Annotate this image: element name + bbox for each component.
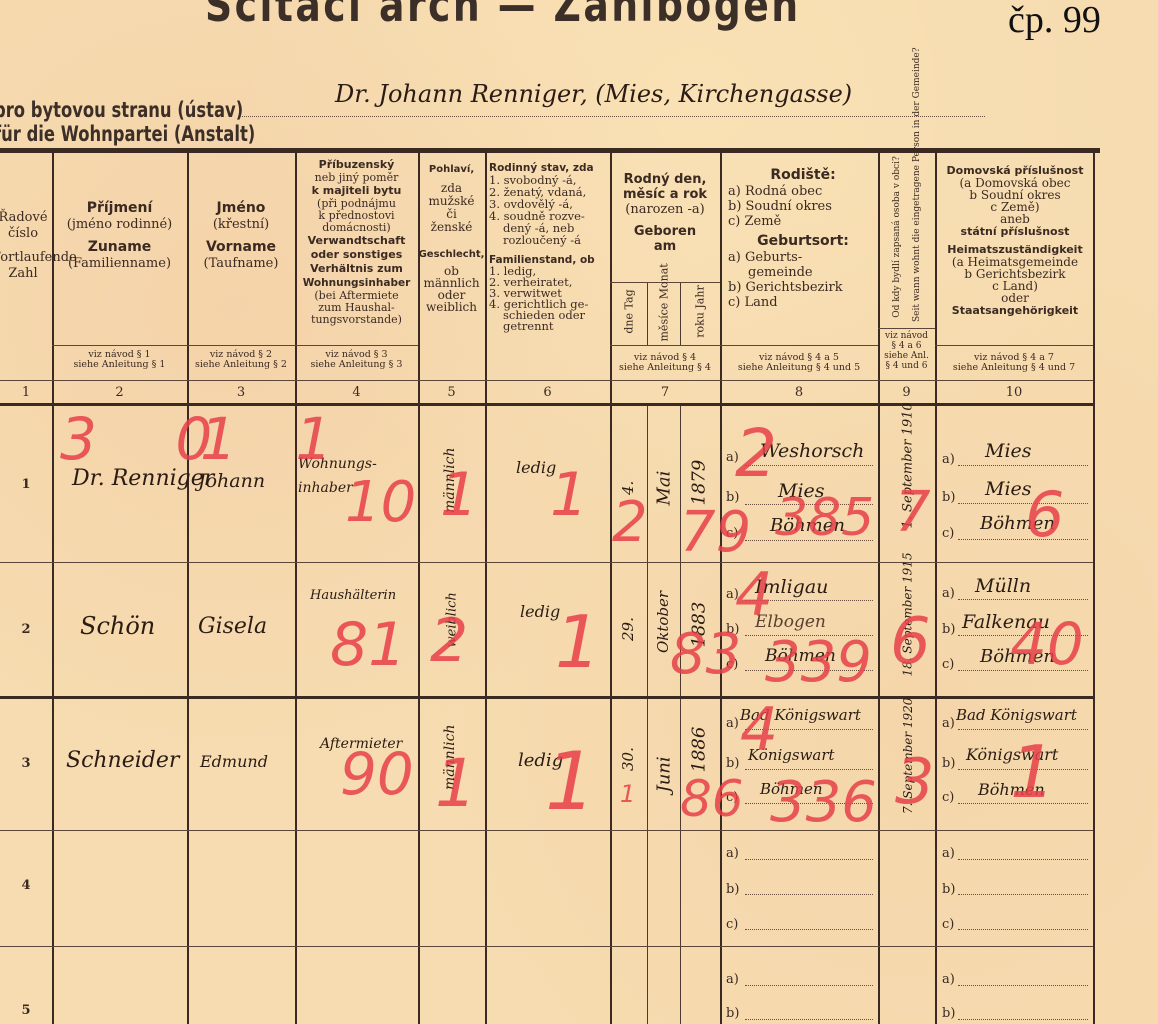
note-divider [52, 345, 418, 346]
col4-line: tungsvorstande) [295, 314, 418, 326]
col3-note2: siehe Anleitung § 2 [187, 360, 295, 370]
col7-note: viz návod § 4siehe Anleitung § 4 [610, 353, 720, 373]
col-number: 5 [418, 385, 485, 400]
party-dotted-line [240, 116, 985, 117]
row4-birth-c-label: c) [726, 917, 738, 932]
row3-month[interactable]: Juni [654, 745, 675, 793]
row-number: 4 [0, 878, 52, 893]
row5-birth-a-field[interactable] [745, 985, 873, 986]
red-pencil-mark: 339 [765, 630, 872, 695]
row3-home-a-label: a) [942, 716, 955, 731]
party-value[interactable]: Dr. Johann Renniger, (Mies, Kirchengasse… [335, 80, 852, 108]
row5-home-b-field[interactable] [958, 1019, 1088, 1020]
red-pencil-mark: 1 [1010, 730, 1056, 814]
red-pencil-mark: 4 [740, 695, 778, 765]
col7-note2: siehe Anleitung § 4 [610, 363, 720, 373]
col-number: 2 [52, 385, 187, 400]
col4-line: k majiteli bytu [295, 184, 418, 198]
row4-home-a-field[interactable] [958, 859, 1088, 860]
red-pencil-mark: 10 [345, 470, 416, 535]
col3-note: viz návod § 2siehe Anleitung § 2 [187, 350, 295, 370]
col-number: 6 [485, 385, 610, 400]
dotted-line [958, 503, 1088, 504]
row3-year[interactable]: 1886 [689, 719, 710, 773]
red-pencil-mark: 2 [612, 490, 648, 555]
col6-line: rozloučený -á [489, 234, 611, 246]
row3-birth-a-label: a) [726, 716, 739, 731]
red-pencil-mark: 2 [735, 415, 777, 492]
col2-note2: siehe Anleitung § 1 [52, 360, 187, 370]
col-divider [187, 153, 189, 1024]
col3-de: (Taufname) [187, 256, 295, 272]
red-pencil-mark: 6 [1025, 478, 1064, 551]
row-divider [0, 946, 1093, 947]
row2-home-a[interactable]: Mülln [975, 575, 1031, 597]
col8-line: gemeinde [728, 265, 878, 280]
party-label: pro bytovou stranu (ústav) für die Wohnp… [0, 98, 255, 146]
row3-given[interactable]: Edmund [200, 752, 268, 771]
col4-header: Příbuzenský neb jiný poměr k majiteli by… [295, 158, 418, 326]
col8-line: b) Gerichtsbezirk [728, 280, 878, 295]
col8-line: b) Soudní okres [728, 199, 878, 214]
row-number: 3 [0, 756, 52, 771]
col8-line: a) Rodná obec [728, 184, 878, 199]
col-number: 10 [935, 385, 1093, 400]
row3-home-c-label: c) [942, 790, 954, 805]
row4-home-b-label: b) [942, 882, 955, 897]
red-pencil-mark: 6 [890, 605, 931, 679]
col8-note: viz návod § 4 a 5siehe Anleitung § 4 und… [720, 353, 878, 373]
col-number: 3 [187, 385, 295, 400]
col2-cz: (jméno rodinné) [52, 217, 187, 233]
col4-note2: siehe Anleitung § 3 [295, 360, 418, 370]
dotted-line [958, 465, 1088, 466]
col1-cz: Řadové číslo [0, 210, 54, 242]
red-pencil-mark: 1 [545, 735, 596, 828]
col8-line: c) Země [728, 214, 878, 229]
row4-home-c-label: c) [942, 917, 954, 932]
col8-line: Geburtsort: [728, 233, 878, 250]
col8-note2: siehe Anleitung § 4 und 5 [720, 363, 878, 373]
row-divider [0, 562, 1093, 563]
subcol-divider [647, 282, 648, 345]
row4-birth-b-label: b) [726, 882, 739, 897]
col2-header: Příjmení (jméno rodinné) Zuname (Familie… [52, 200, 187, 272]
col8-line: a) Geburts- [728, 250, 878, 265]
col7-line: (narozen -a) [610, 202, 720, 218]
dotted-line [958, 539, 1088, 540]
col7-line: měsíc a rok [610, 187, 720, 202]
col3-cz: (křestní) [187, 217, 295, 233]
col10-line: Staatsangehörigkeit [935, 304, 1095, 317]
col-divider [485, 153, 487, 1024]
row4-home-c-field[interactable] [958, 929, 1088, 930]
col9-vertical-cz: Od kdy bydlí zapsaná osoba v obci? [892, 152, 902, 322]
row1-year[interactable]: 1879 [689, 452, 710, 506]
party-label-de: für die Wohnpartei (Anstalt) [0, 122, 255, 146]
row2-home-a-label: a) [942, 586, 955, 601]
note-divider [610, 345, 878, 346]
col2-de-bold: Zuname [52, 239, 187, 256]
house-number: čp. 99 [1008, 0, 1101, 42]
col9-vertical-de: Seit wann wohnt die eingetragene Person … [912, 152, 922, 322]
row-divider [0, 696, 1093, 699]
red-pencil-mark: 3 [895, 745, 934, 818]
row5-birth-b-field[interactable] [745, 1019, 873, 1020]
col4-line: domácnosti) [295, 222, 418, 234]
col2-note: viz návod § 1siehe Anleitung § 1 [52, 350, 187, 370]
row2-surname[interactable]: Schön [80, 612, 155, 640]
col-number: 7 [610, 385, 720, 400]
col3-header: Jméno (křestní) Vorname (Taufname) [187, 200, 295, 272]
subcol-divider [680, 405, 681, 1024]
red-pencil-mark: 83 [670, 622, 741, 687]
col-divider [52, 153, 54, 1024]
party-label-cz: pro bytovou stranu (ústav) [0, 98, 255, 122]
col9-note1: viz návod [878, 331, 935, 341]
row4-birth-b-field[interactable] [745, 894, 873, 895]
row3-day[interactable]: 30. [619, 731, 637, 771]
col7-line: Geboren [610, 224, 720, 239]
row5-birth-b-label: b) [726, 1006, 739, 1021]
row5-home-b-label: b) [942, 1006, 955, 1021]
row-number: 2 [0, 622, 52, 637]
col1-de: Fortlaufende Zahl [0, 250, 54, 282]
col-number: 9 [878, 385, 935, 400]
red-pencil-mark: 90 [340, 740, 414, 808]
red-pencil-mark: 40 [1010, 610, 1084, 678]
red-pencil-mark: 7 [895, 480, 931, 545]
red-pencil-mark: 2 [430, 606, 468, 676]
row3-birth-b-label: b) [726, 756, 739, 771]
col8-header: Rodiště: a) Rodná obec b) Soudní okres c… [728, 167, 878, 310]
col-divider [720, 153, 722, 1024]
row3-home-a[interactable]: Bad Königswart [956, 706, 1077, 724]
row5-home-a-label: a) [942, 972, 955, 987]
dotted-line [958, 599, 1088, 600]
col2-de: (Familienname) [52, 256, 187, 272]
row3-home-b-label: b) [942, 756, 955, 771]
col4-line: Wohnungsinhaber [295, 276, 418, 290]
row2-home-b-label: b) [942, 622, 955, 637]
col3-de-bold: Vorname [187, 239, 295, 256]
col7-sub-year: roku Jahr [695, 282, 706, 342]
col10-note2: siehe Anleitung § 4 und 7 [935, 363, 1093, 373]
red-pencil-mark: 1 1 [200, 405, 352, 473]
col5-header: Pohlaví, zda mužské či ženské Geschlecht… [418, 163, 485, 313]
row1-given[interactable]: Johann [198, 470, 265, 492]
col2-cz-bold: Příjmení [52, 200, 187, 217]
subcol-divider [680, 282, 681, 345]
colnum-divider [0, 380, 1093, 381]
col7-sub-day: dne Tag [624, 282, 635, 342]
red-pencil-mark: 1 [435, 745, 477, 822]
row2-given[interactable]: Gisela [198, 614, 267, 639]
col9-note4: § 4 und 6 [878, 361, 935, 371]
row5-birth-a-label: a) [726, 972, 739, 987]
note-divider [935, 345, 1093, 346]
red-pencil-mark: 1 [550, 460, 588, 530]
col6-line: getrennt [489, 321, 611, 332]
col-divider [878, 153, 880, 1024]
row2-day[interactable]: 29. [619, 601, 637, 641]
col5-line: Pohlaví, [418, 163, 485, 176]
col10-line: aneb [935, 213, 1095, 225]
red-pencil-mark: 1 [620, 780, 635, 808]
col9-note2: § 4 a 6 [878, 341, 935, 351]
col5-line: weiblich [418, 301, 485, 313]
col8-line: Rodiště: [728, 167, 878, 184]
red-pencil-mark: 81 [330, 610, 406, 680]
row1-home-a[interactable]: Mies [985, 440, 1032, 462]
col1-header: Řadové číslo Fortlaufende Zahl [0, 210, 54, 282]
col10-line: oder [935, 292, 1095, 304]
red-pencil-mark: 385 [775, 488, 874, 548]
col4-note: viz návod § 3siehe Anleitung § 3 [295, 350, 418, 370]
red-pencil-mark: 336 [770, 770, 877, 835]
row2-home-c-label: c) [942, 657, 954, 672]
row-divider [0, 830, 1093, 831]
col4-line: Verhältnis zum [295, 262, 418, 276]
col8-line: c) Land [728, 295, 878, 310]
col4-line: Příbuzenský [295, 158, 418, 172]
note-divider [878, 328, 935, 329]
row1-home-a-label: a) [942, 452, 955, 467]
col7-line: am [610, 239, 720, 254]
col-number: 4 [295, 385, 418, 400]
col7-header: Rodný den, měsíc a rok (narozen -a) Gebo… [610, 172, 720, 254]
col10-line: státní příslušnost [935, 225, 1095, 238]
col9-note3: siehe Anl. [878, 351, 935, 361]
row4-birth-a-field[interactable] [745, 859, 873, 860]
col7-line: Rodný den, [610, 172, 720, 187]
col4-line: Verwandtschaft [295, 234, 418, 248]
row1-home-b-label: b) [942, 490, 955, 505]
red-pencil-mark: 4 [735, 560, 773, 630]
row-number: 1 [0, 477, 52, 492]
row1-day[interactable]: 4. [619, 455, 637, 495]
col4-line: neb jiný poměr [295, 172, 418, 184]
row1-home-c-label: c) [942, 526, 954, 541]
form-title: Sčítací arch — Zählbogen [205, 0, 801, 32]
red-pencil-mark: 1 [440, 460, 478, 530]
row-number: 5 [0, 1003, 52, 1018]
row3-surname[interactable]: Schneider [66, 748, 179, 773]
col4-line: oder sonstiges [295, 248, 418, 262]
col-number: 8 [720, 385, 878, 400]
col10-header: Domovská příslušnost (a Domovská obec b … [935, 164, 1095, 317]
row4-home-a-label: a) [942, 846, 955, 861]
col5-line: ženské [418, 221, 485, 234]
red-pencil-mark: 79 [680, 500, 751, 565]
col-number: 1 [0, 385, 52, 400]
col3-cz-bold: Jméno [187, 200, 295, 217]
col9-note: viz návod § 4 a 6 siehe Anl. § 4 und 6 [878, 331, 935, 371]
col6-header: Rodinný stav, zda 1. svobodný -á, 2. žen… [489, 162, 611, 332]
row4-birth-c-field[interactable] [745, 929, 873, 930]
col5-line: Geschlecht, [418, 248, 485, 261]
red-pencil-mark: 1 [555, 600, 601, 684]
row1-month[interactable]: Mai [654, 456, 675, 506]
row4-birth-a-label: a) [726, 846, 739, 861]
row2-relation[interactable]: Haushälterin [310, 588, 396, 603]
row4-home-b-field[interactable] [958, 894, 1088, 895]
row5-home-a-field[interactable] [958, 985, 1088, 986]
red-pencil-mark: 86 [680, 770, 744, 828]
col7-sub-month: měsíce Monat [659, 282, 670, 342]
col10-note: viz návod § 4 a 7siehe Anleitung § 4 und… [935, 353, 1093, 373]
